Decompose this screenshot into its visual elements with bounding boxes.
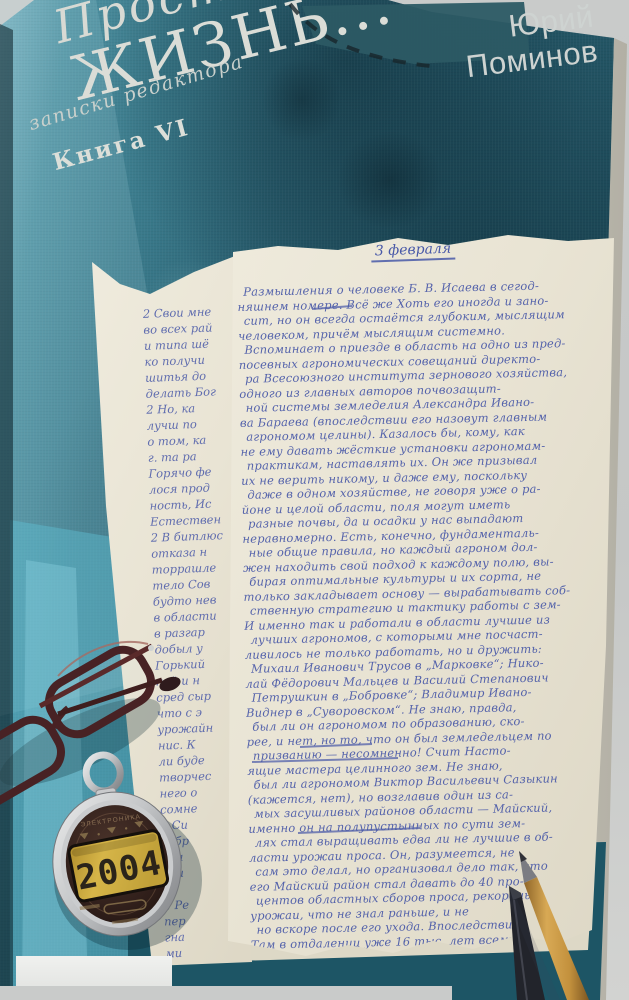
ink-strikethroughs [252,306,420,833]
glasses-hinge [148,645,154,651]
glasses-temple-tip [157,674,182,694]
book-cover-photo: Просто ЖИЗНЬ... записки редактора Книга … [0,0,629,1000]
pencil-tip [519,851,527,862]
objects-overlay: ЭЛЕКТРОНИКА 2004 [0,0,629,1000]
dashed-ink-arc [290,4,430,66]
